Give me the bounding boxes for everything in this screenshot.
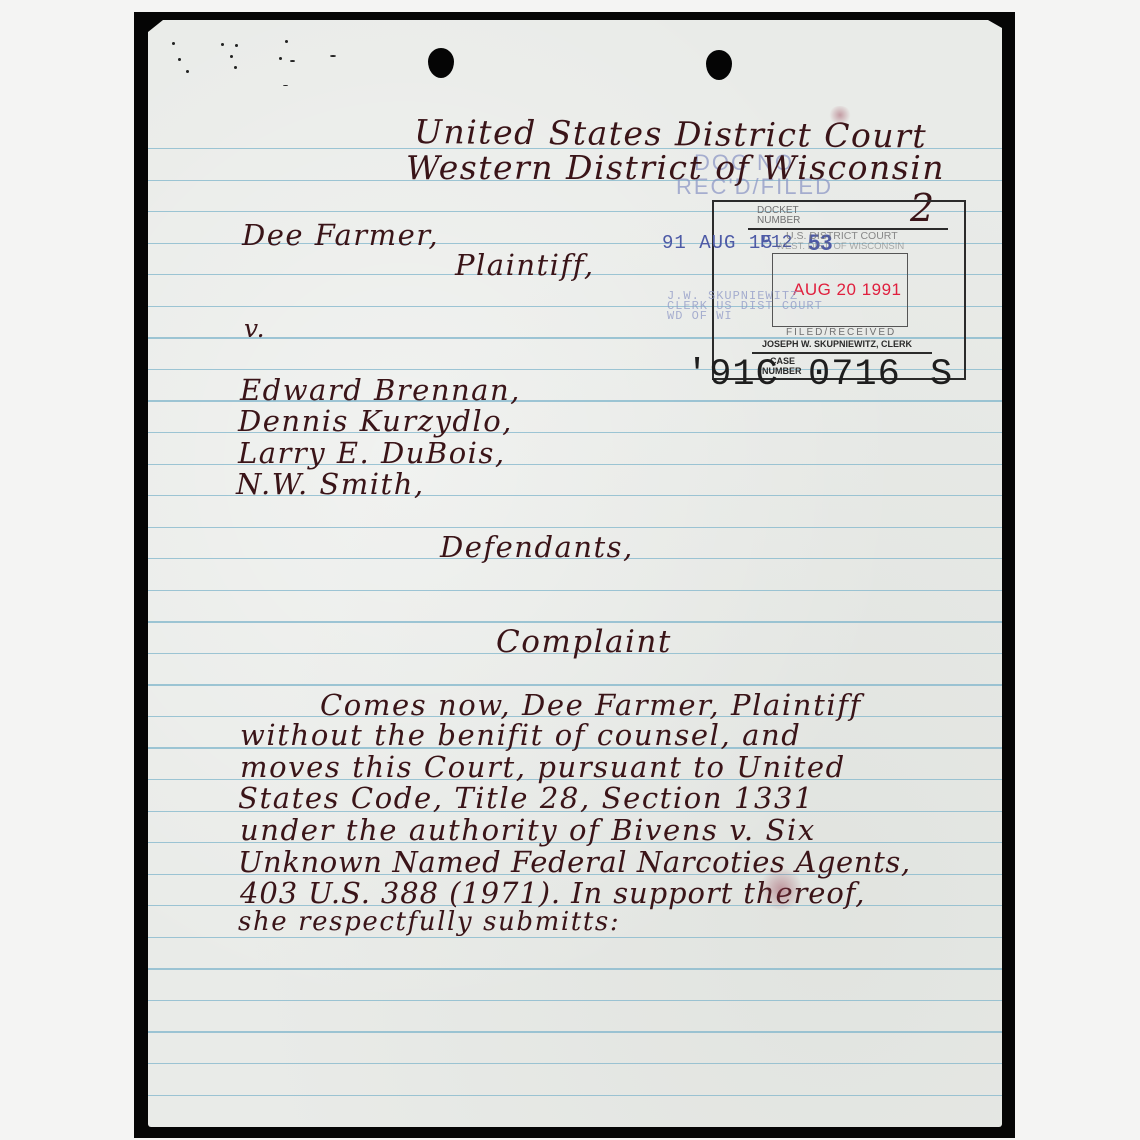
- rule-line: [148, 1095, 1002, 1096]
- clerk-name: JOSEPH W. SKUPNIEWITZ, CLERK: [762, 340, 912, 349]
- complaint-title: Complaint: [496, 624, 672, 660]
- blue-date-stamp: 91 AUG 15: [662, 234, 774, 253]
- plaintiff-name: Dee Farmer,: [242, 218, 439, 252]
- blue-date-text: 91 AUG 15: [662, 232, 774, 254]
- plaintiff-role: Plaintiff,: [455, 248, 595, 282]
- defendants-role: Defendants,: [440, 530, 634, 564]
- versus: v.: [244, 314, 266, 343]
- defendant-4: N.W. Smith,: [236, 467, 425, 501]
- defendant-1: Edward Brennan,: [240, 373, 521, 407]
- body-line-1: Comes now, Dee Farmer, Plaintiff: [320, 688, 862, 722]
- rule-line: [148, 1000, 1002, 1001]
- defendant-3: Larry E. DuBois,: [238, 436, 506, 470]
- ink-stain-top: [828, 106, 852, 124]
- filed-received-label: FILED/RECEIVED: [786, 328, 896, 338]
- docket-label: DOCKET NUMBER: [757, 206, 800, 226]
- rule-line: [148, 527, 1002, 528]
- body-line-2: without the benifit of counsel, and: [240, 718, 801, 752]
- rule-line: [148, 968, 1002, 969]
- case-number: '91C 0716 S: [686, 357, 953, 394]
- ink-stain-body: [758, 868, 804, 910]
- rule-line: [148, 684, 1002, 685]
- docket-court-line1: U.S. DISTRICT COURT: [786, 231, 898, 242]
- body-line-3: moves this Court, pursuant to United: [240, 750, 846, 784]
- rule-line: [148, 1063, 1002, 1064]
- body-line-4: States Code, Title 28, Section 1331: [238, 781, 814, 815]
- defendant-2: Dennis Kurzydlo,: [238, 404, 513, 438]
- body-line-5: under the authority of Bivens v. Six: [240, 813, 816, 847]
- blue-clerk-stamp: J.W. SKUPNIEWITZ CLERK US DIST COURT WD …: [667, 291, 823, 321]
- body-line-8: she respectfully submitts:: [238, 907, 620, 937]
- docket-court-line2: WEST. DIST. OF WISCONSIN: [776, 242, 904, 252]
- body-line-6: Unknown Named Federal Narcoties Agents,: [238, 845, 911, 879]
- rule-line: [148, 621, 1002, 622]
- rule-line: [148, 590, 1002, 591]
- court-name-line2: Western District of Wisconsin: [406, 148, 945, 187]
- rule-line: [148, 1031, 1002, 1032]
- docket-label-line2: NUMBER: [757, 216, 800, 226]
